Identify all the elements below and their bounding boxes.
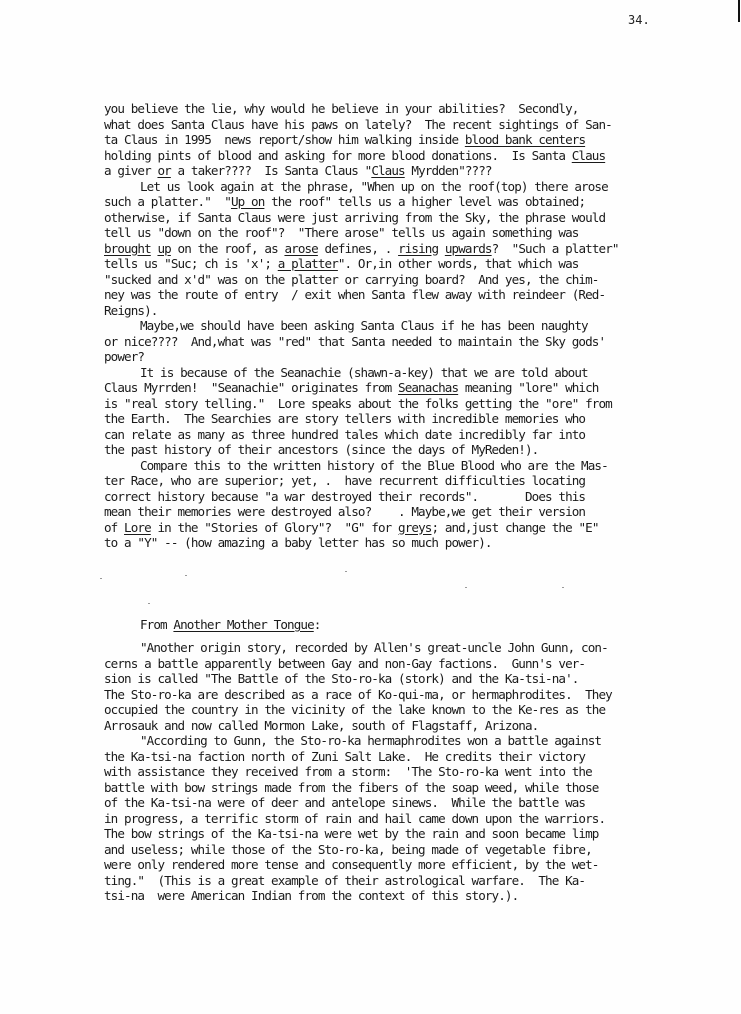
body-section-santa-claus: you believe the lie, why would he believ…: [104, 101, 664, 551]
text-run: ". Or,in other words, that which was: [338, 256, 579, 271]
heading-suffix: :: [314, 617, 321, 632]
text-line: power?: [104, 349, 664, 365]
body-section-another-mother-tongue: "Another origin story, recorded by Allen…: [104, 640, 664, 904]
text-run: power?: [104, 349, 144, 364]
text-run: the Ka-tsi-na faction north of Zuni Salt…: [104, 749, 585, 764]
text-run: defines, .: [318, 241, 398, 256]
underlined-text: up: [157, 241, 170, 256]
text-run: what does Santa Claus have his paws on l…: [104, 117, 612, 132]
text-line: occupied the country in the vicinity of …: [104, 702, 664, 718]
text-run: Arrosauk and now called Mormon Lake, sou…: [104, 718, 538, 733]
underlined-text: Claus: [371, 163, 404, 178]
text-line: cerns a battle apparently between Gay an…: [104, 656, 664, 672]
heading-line: From Another Mother Tongue:: [104, 617, 664, 633]
text-run: meaning "lore" which: [458, 380, 598, 395]
text-line: holding pints of blood and asking for mo…: [104, 148, 664, 164]
text-line: Reigns).: [104, 303, 664, 319]
text-run: The Sto-ro-ka are described as a race of…: [104, 687, 612, 702]
text-run: on the roof, as: [171, 241, 285, 256]
scan-speck: [562, 587, 564, 588]
text-line: mean their memories were destroyed also?…: [104, 504, 664, 520]
document-page: 34. you believe the lie, why would he be…: [0, 0, 741, 1014]
text-line: you believe the lie, why would he believ…: [104, 101, 664, 117]
text-run: tsi-na were American Indian from the con…: [104, 888, 518, 903]
text-line: Arrosauk and now called Mormon Lake, sou…: [104, 718, 664, 734]
underlined-text: a platter: [278, 256, 338, 271]
text-line: the past history of their ancestors (sin…: [104, 442, 664, 458]
text-run: ta Claus in 1995 news report/show him wa…: [104, 132, 465, 147]
text-line: is "real story telling." Lore speaks abo…: [104, 396, 664, 412]
text-run: battle with bow strings made from the fi…: [104, 780, 598, 795]
underlined-text: Seanachas: [398, 380, 458, 395]
text-line: otherwise, if Santa Claus were just arri…: [104, 210, 664, 226]
text-line: Claus Myrrden! "Seanachie" originates fr…: [104, 380, 664, 396]
text-line: the Earth. The Searchies are story telle…: [104, 411, 664, 427]
text-run: with assistance they received from a sto…: [104, 764, 592, 779]
underlined-text: rising: [398, 241, 438, 256]
text-run: The bow strings of the Ka-tsi-na were we…: [104, 826, 598, 841]
text-run: you believe the lie, why would he believ…: [104, 101, 578, 116]
text-run: Let us look again at the phrase, "When u…: [140, 179, 608, 194]
text-run: occupied the country in the vicinity of …: [104, 702, 605, 717]
text-line: to a "Y" -- (how amazing a baby letter h…: [104, 535, 664, 551]
scan-speck: [465, 587, 467, 588]
text-run: [438, 241, 445, 256]
text-run: "sucked and x'd" was on the platter or c…: [104, 272, 598, 287]
heading-book-title: Another Mother Tongue: [173, 617, 313, 632]
text-run: ney was the route of entry / exit when S…: [104, 287, 605, 302]
text-run: tell us "down on the roof"? "There arose…: [104, 225, 578, 240]
text-line: the Ka-tsi-na faction north of Zuni Salt…: [104, 749, 664, 765]
underlined-text: Claus: [572, 148, 605, 163]
text-line: ney was the route of entry / exit when S…: [104, 287, 664, 303]
text-line: "Another origin story, recorded by Allen…: [104, 640, 664, 656]
underlined-text: or: [157, 163, 170, 178]
text-run: such a platter." ": [104, 194, 231, 209]
text-run: of: [104, 520, 124, 535]
text-run: a giver: [104, 163, 157, 178]
text-line: It is because of the Seanachie (shawn-a-…: [104, 365, 664, 381]
text-line: Let us look again at the phrase, "When u…: [104, 179, 664, 195]
text-run: ter Race, who are superior; yet, . have …: [104, 473, 585, 488]
text-line: such a platter." "Up on the roof" tells …: [104, 194, 664, 210]
text-run: and useless; while those of the Sto-ro-k…: [104, 842, 592, 857]
scan-speck: [345, 571, 347, 572]
text-run: mean their memories were destroyed also?…: [104, 504, 585, 519]
text-run: holding pints of blood and asking for mo…: [104, 148, 572, 163]
text-run: tells us "Suc; ch is 'x';: [104, 256, 278, 271]
text-line: Maybe,we should have been asking Santa C…: [104, 318, 664, 334]
text-line: "According to Gunn, the Sto-ro-ka hermap…: [104, 733, 664, 749]
text-run: a taker???? Is Santa Claus ": [171, 163, 371, 178]
scan-speck: [100, 578, 102, 579]
text-line: tsi-na were American Indian from the con…: [104, 888, 664, 904]
text-line: a giver or a taker???? Is Santa Claus "C…: [104, 163, 664, 179]
underlined-text: Lore: [124, 520, 151, 535]
text-line: sion is called "The Battle of the Sto-ro…: [104, 671, 664, 687]
text-run: the past history of their ancestors (sin…: [104, 442, 538, 457]
text-line: of Lore in the "Stories of Glory"? "G" f…: [104, 520, 664, 536]
text-run: Maybe,we should have been asking Santa C…: [140, 318, 588, 333]
text-run: the Earth. The Searchies are story telle…: [104, 411, 585, 426]
text-run: ? "Such a platter": [492, 241, 619, 256]
scan-speck: [185, 575, 187, 576]
text-run: of the Ka-tsi-na were of deer and antelo…: [104, 795, 585, 810]
text-run: Compare this to the written history of t…: [140, 458, 608, 473]
text-run: "Another origin story, recorded by Allen…: [140, 640, 608, 655]
text-line: ta Claus in 1995 news report/show him wa…: [104, 132, 664, 148]
text-run: were only rendered more tense and conseq…: [104, 857, 598, 872]
text-line: Compare this to the written history of t…: [104, 458, 664, 474]
underlined-text: upwards: [445, 241, 492, 256]
text-line: correct history because "a war destroyed…: [104, 489, 664, 505]
text-run: the roof" tells us a higher level was ob…: [264, 194, 585, 209]
underlined-text: blood bank centers: [465, 132, 585, 147]
text-line: The bow strings of the Ka-tsi-na were we…: [104, 826, 664, 842]
text-run: Claus Myrrden! "Seanachie" originates fr…: [104, 380, 398, 395]
text-line: brought up on the roof, as arose defines…: [104, 241, 664, 257]
underlined-text: brought: [104, 241, 151, 256]
text-line: tell us "down on the roof"? "There arose…: [104, 225, 664, 241]
heading-prefix: From: [140, 617, 173, 632]
text-line: "sucked and x'd" was on the platter or c…: [104, 272, 664, 288]
scan-speck: [148, 603, 150, 604]
text-run: correct history because "a war destroyed…: [104, 489, 585, 504]
text-line: or nice???? And,what was "red" that Sant…: [104, 334, 664, 350]
text-run: Myrdden"????: [405, 163, 492, 178]
text-run: sion is called "The Battle of the Sto-ro…: [104, 671, 578, 686]
text-line: were only rendered more tense and conseq…: [104, 857, 664, 873]
text-line: and useless; while those of the Sto-ro-k…: [104, 842, 664, 858]
text-run: ting." (This is a great example of their…: [104, 873, 585, 888]
text-run: is "real story telling." Lore speaks abo…: [104, 396, 612, 411]
text-line: can relate as many as three hundred tale…: [104, 427, 664, 443]
text-run: can relate as many as three hundred tale…: [104, 427, 585, 442]
text-run: otherwise, if Santa Claus were just arri…: [104, 210, 605, 225]
text-run: in the "Stories of Glory"? "G" for: [151, 520, 398, 535]
text-run: cerns a battle apparently between Gay an…: [104, 656, 585, 671]
text-line: ting." (This is a great example of their…: [104, 873, 664, 889]
text-run: ; and,just change the "E": [431, 520, 598, 535]
page-number: 34.: [628, 13, 650, 27]
text-run: It is because of the Seanachie (shawn-a-…: [140, 365, 588, 380]
text-line: ter Race, who are superior; yet, . have …: [104, 473, 664, 489]
text-run: in progress, a terrific storm of rain an…: [104, 811, 605, 826]
underlined-text: Up on: [231, 194, 264, 209]
text-line: of the Ka-tsi-na were of deer and antelo…: [104, 795, 664, 811]
text-run: or nice???? And,what was "red" that Sant…: [104, 334, 605, 349]
text-run: to a "Y" -- (how amazing a baby letter h…: [104, 535, 492, 550]
underlined-text: arose: [284, 241, 317, 256]
text-line: what does Santa Claus have his paws on l…: [104, 117, 664, 133]
text-line: tells us "Suc; ch is 'x'; a platter". Or…: [104, 256, 664, 272]
scan-edge-mark: [738, 0, 740, 22]
text-line: in progress, a terrific storm of rain an…: [104, 811, 664, 827]
text-run: "According to Gunn, the Sto-ro-ka hermap…: [140, 733, 601, 748]
text-line: battle with bow strings made from the fi…: [104, 780, 664, 796]
section-heading: From Another Mother Tongue:: [104, 617, 664, 633]
text-line: with assistance they received from a sto…: [104, 764, 664, 780]
text-line: The Sto-ro-ka are described as a race of…: [104, 687, 664, 703]
underlined-text: greys: [398, 520, 431, 535]
text-run: Reigns).: [104, 303, 157, 318]
